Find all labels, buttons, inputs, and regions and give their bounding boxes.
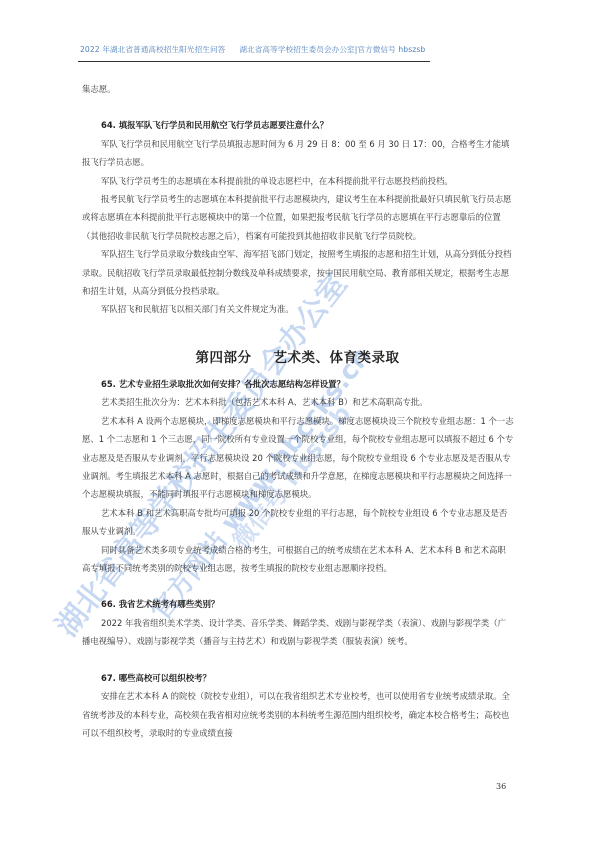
body-block-1: 集志愿。 64. 填报军队飞行学员和民用航空飞行学员志愿要注意什么？ 军队飞行学… <box>82 80 514 319</box>
q65-paragraph: 艺术本科 A 设两个志愿模块，即梯度志愿模块和平行志愿模块。梯度志愿模块设三个院… <box>82 412 514 504</box>
q64-paragraph: 军队飞行学员和民用航空飞行学员填报志愿时间为 6 月 29 日 8：00 至 6… <box>82 135 514 172</box>
page-header: 2022 年湖北省普通高校招生阳光招生问答湖北省高等学校招生委员会办公室|官方微… <box>78 41 430 62</box>
page-number: 36 <box>496 782 506 791</box>
question-66-title: 66. 我省艺术统考有哪些类别？ <box>82 595 514 613</box>
section-part: 第四部分 <box>196 350 252 366</box>
body-block-2: 65. 艺术专业招生录取批次如何安排？各批次志愿结构怎样设置？ 艺术类招生批次分… <box>82 375 514 742</box>
header-left-title: 2022 年湖北省普通高校招生阳光招生问答 <box>80 45 225 54</box>
question-67-title: 67. 哪些高校可以组织校考？ <box>82 669 514 687</box>
q67-paragraph: 安排在艺术本科 A 的院校（院校专业组），可以在我省组织艺术专业校考，也可以使用… <box>82 687 514 742</box>
q65-paragraph: 艺术本科 B 和艺术高职高专批均可填报 20 个院校专业组的平行志愿，每个院校专… <box>82 504 514 541</box>
question-64-title: 64. 填报军队飞行学员和民用航空飞行学员志愿要注意什么？ <box>82 116 514 134</box>
q66-paragraph: 2022 年我省组织美术学类、设计学类、音乐学类、舞蹈学类、戏剧与影视学类（表演… <box>82 614 514 651</box>
header-right-title: 湖北省高等学校招生委员会办公室|官方微信号 hbszsb <box>239 45 425 54</box>
section-name: 艺术类、体育类录取 <box>274 350 400 366</box>
q64-paragraph: 军队飞行学员考生的志愿填在本科提前批的单设志愿栏中，在本科提前批平行志愿投档前投… <box>82 172 514 190</box>
q64-paragraph: 军队招生飞行学员录取分数线由空军、海军招飞部门划定，按照考生填报的志愿和招生计划… <box>82 245 514 300</box>
section-title: 第四部分艺术类、体育类录取 <box>0 346 595 366</box>
question-65-title: 65. 艺术专业招生录取批次如何安排？各批次志愿结构怎样设置？ <box>82 375 514 393</box>
q64-paragraph: 军队招飞和民航招飞以相关部门有关文件规定为准。 <box>82 300 514 318</box>
carryover-text: 集志愿。 <box>82 80 514 98</box>
q64-paragraph: 报考民航飞行学员考生的志愿填在本科提前批平行志愿模块内，建议考生在本科提前批最好… <box>82 190 514 245</box>
header-text: 2022 年湖北省普通高校招生阳光招生问答湖北省高等学校招生委员会办公室|官方微… <box>80 44 425 55</box>
q65-paragraph: 同时具备艺术类多项专业统考成绩合格的考生，可根据自己的统考成绩在艺术本科 A、艺… <box>82 541 514 578</box>
q65-paragraph: 艺术类招生批次分为：艺术本科批（包括艺术本科 A、艺术本科 B）和艺术高职高专批… <box>82 393 514 411</box>
